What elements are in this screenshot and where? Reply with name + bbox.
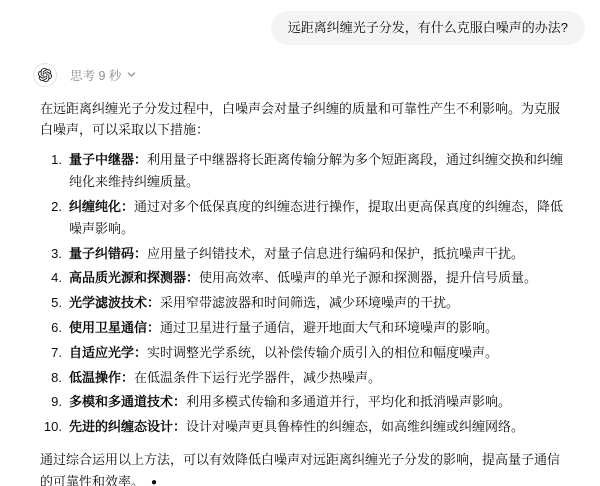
list-item: 8. 低温操作：在低温条件下运行光学器件，减少热噪声。 (40, 367, 572, 389)
list-item: 4. 高品质光源和探测器：使用高效率、低噪声的单光子源和探测器，提升信号质量。 (40, 267, 572, 289)
list-item-text: 在低温条件下运行光学器件，减少热噪声。 (134, 370, 381, 385)
list-item-number: 1. (40, 149, 62, 193)
list-item-number: 7. (40, 342, 62, 364)
list-item-term: 低温操作： (69, 370, 134, 385)
streaming-cursor: ● (151, 475, 157, 486)
list-item-term: 高品质光源和探测器： (69, 270, 199, 285)
assistant-message: 在远距离纠缠光子分发过程中，白噪声会对量子纠缠的质量和可靠性产生不利影响。为克服… (40, 98, 572, 486)
list-item: 6. 使用卫星通信：通过卫星进行量子通信，避开地面大气和环境噪声的影响。 (40, 317, 572, 339)
list-item-number: 5. (40, 292, 62, 314)
closing-text: 通过综合运用以上方法，可以有效降低白噪声对远距离纠缠光子分发的影响，提高量子通信… (40, 452, 560, 486)
list-item-number: 8. (40, 367, 62, 389)
list-item-number: 10. (40, 416, 62, 438)
list-item: 9. 多模和多通道技术：利用多模式传输和多通道并行，平均化和抵消噪声影响。 (40, 391, 572, 413)
closing-paragraph: 通过综合运用以上方法，可以有效降低白噪声对远距离纠缠光子分发的影响，提高量子通信… (40, 449, 572, 486)
list-item: 7. 自适应光学：实时调整光学系统，以补偿传输介质引入的相位和幅度噪声。 (40, 342, 572, 364)
user-message-bubble: 远距离纠缠光子分发，有什么克服白噪声的办法? (271, 11, 585, 45)
list-item-text: 通过卫星进行量子通信，避开地面大气和环境噪声的影响。 (160, 320, 498, 335)
intro-paragraph: 在远距离纠缠光子分发过程中，白噪声会对量子纠缠的质量和可靠性产生不利影响。为克服… (40, 98, 572, 142)
chevron-down-icon (127, 70, 136, 79)
list-item-term: 量子中继器： (69, 152, 147, 167)
list-item-number: 4. (40, 267, 62, 289)
assistant-header: 思考 9 秒 (33, 62, 600, 88)
list-item-term: 使用卫星通信： (69, 320, 160, 335)
user-message-row: 远距离纠缠光子分发，有什么克服白噪声的办法? (0, 0, 600, 45)
list-item: 2. 纠缠纯化：通过对多个低保真度的纠缠态进行操作，提取出更高保真度的纠缠态，降… (40, 196, 572, 240)
list-item-term: 量子纠错码： (69, 246, 147, 261)
list-item-term: 先进的纠缠态设计： (69, 419, 186, 434)
thinking-duration-toggle[interactable]: 思考 9 秒 (70, 66, 136, 84)
list-item: 5. 光学滤波技术：采用窄带滤波器和时间筛选，减少环境噪声的干扰。 (40, 292, 572, 314)
list-item: 10. 先进的纠缠态设计：设计对噪声更具鲁棒性的纠缠态，如高维纠缠或纠缠网络。 (40, 416, 572, 438)
list-item-text: 实时调整光学系统，以补偿传输介质引入的相位和幅度噪声。 (147, 345, 498, 360)
thinking-duration-label: 思考 9 秒 (70, 66, 121, 84)
openai-logo-icon (38, 68, 52, 82)
chat-transcript: 远距离纠缠光子分发，有什么克服白噪声的办法? 思考 9 秒 在远距离纠缠光子分发… (0, 0, 600, 486)
list-item-text: 使用高效率、低噪声的单光子源和探测器，提升信号质量。 (199, 270, 537, 285)
list-item-term: 自适应光学： (69, 345, 147, 360)
measures-list: 1. 量子中继器：利用量子中继器将长距离传输分解为多个短距离段，通过纠缠交换和纠… (40, 149, 572, 438)
list-item-term: 纠缠纯化： (69, 199, 134, 214)
list-item-number: 2. (40, 196, 62, 240)
list-item-number: 6. (40, 317, 62, 339)
list-item-term: 多模和多通道技术： (69, 394, 186, 409)
list-item-text: 通过对多个低保真度的纠缠态进行操作，提取出更高保真度的纠缠态，降低噪声影响。 (69, 199, 563, 236)
list-item-number: 3. (40, 243, 62, 265)
list-item-text: 利用多模式传输和多通道并行，平均化和抵消噪声影响。 (186, 394, 511, 409)
assistant-avatar (33, 63, 57, 87)
list-item-text: 应用量子纠错技术，对量子信息进行编码和保护，抵抗噪声干扰。 (147, 246, 524, 261)
list-item-term: 光学滤波技术： (69, 295, 160, 310)
list-item: 1. 量子中继器：利用量子中继器将长距离传输分解为多个短距离段，通过纠缠交换和纠… (40, 149, 572, 193)
list-item-text: 采用窄带滤波器和时间筛选，减少环境噪声的干扰。 (160, 295, 459, 310)
list-item-number: 9. (40, 391, 62, 413)
list-item: 3. 量子纠错码：应用量子纠错技术，对量子信息进行编码和保护，抵抗噪声干扰。 (40, 243, 572, 265)
list-item-text: 设计对噪声更具鲁棒性的纠缠态，如高维纠缠或纠缠网络。 (186, 419, 524, 434)
